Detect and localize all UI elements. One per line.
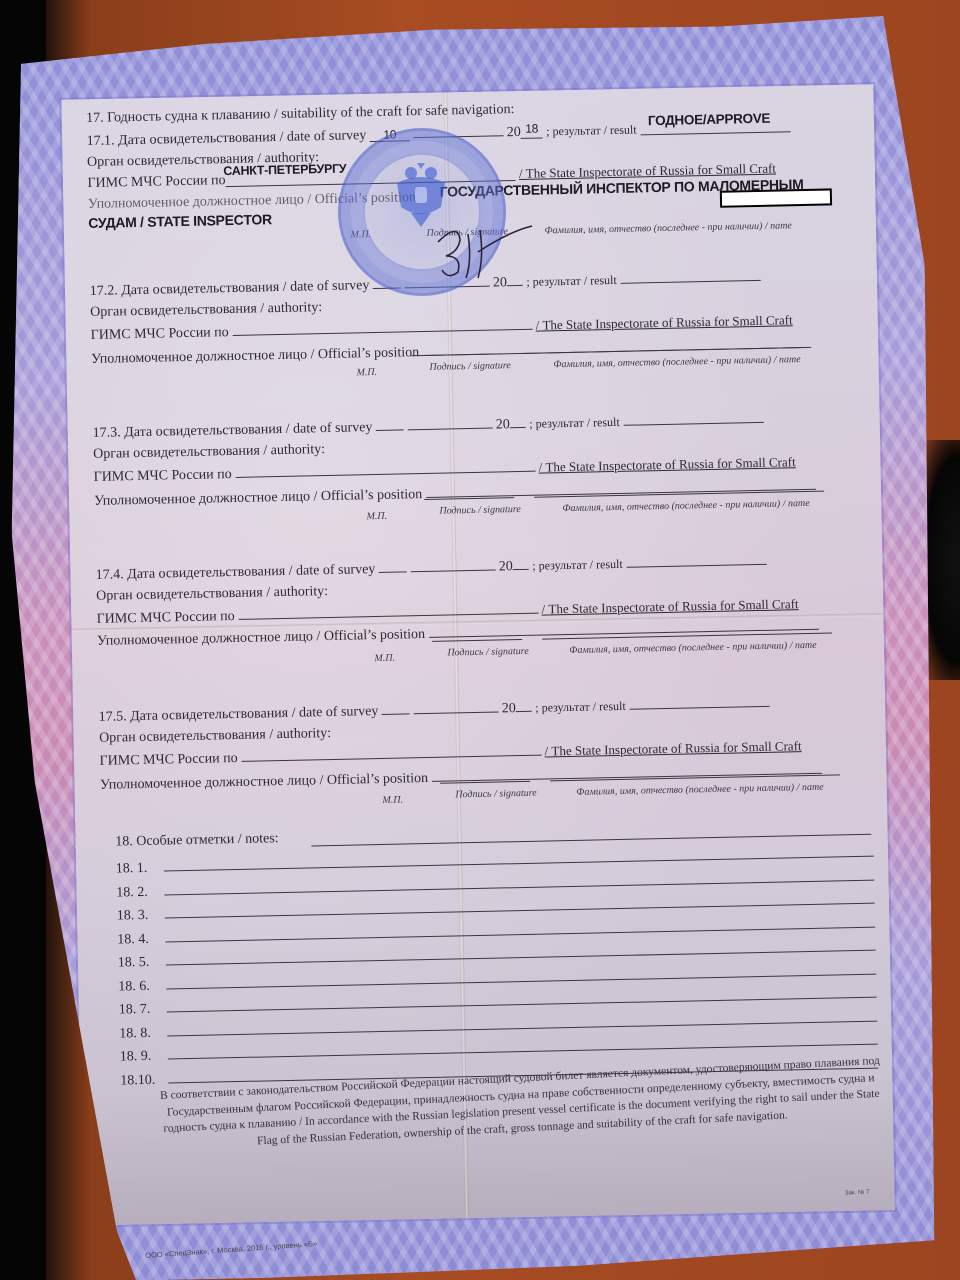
note-number: 18. 4. (117, 932, 165, 947)
note-number: 18. 3. (117, 909, 165, 924)
survey-year-field[interactable] (513, 557, 529, 570)
mp-label: М.П. (374, 654, 395, 664)
survey-result-field[interactable] (626, 552, 766, 568)
year-prefix: 20 (499, 559, 513, 574)
note-number: 18. 5. (118, 956, 166, 971)
survey-month-field[interactable] (413, 699, 498, 714)
survey-day-field[interactable] (382, 701, 410, 715)
survey-number: 17.5. (99, 709, 127, 725)
mp-label: М.П. (382, 796, 403, 806)
survey-result-field[interactable]: ГОДНОЕ/APPROVE (640, 119, 790, 135)
signature-label: Подпись / signature (447, 647, 529, 659)
note-number: 18. 8. (119, 1026, 167, 1041)
signature-label: Подпись / signature (439, 505, 521, 517)
note-number: 18. 9. (120, 1049, 168, 1064)
gims-label: ГИМС МЧС России по (91, 325, 229, 343)
result-label: ; результат / result (529, 415, 620, 431)
note-number: 18. 6. (118, 979, 166, 994)
signature-label: Подпись / signature (429, 361, 511, 373)
survey-result-field[interactable] (623, 410, 763, 426)
survey-number: 17.1. (86, 133, 114, 149)
survey-day-field[interactable] (379, 559, 407, 573)
survey-number: 17.3. (93, 425, 121, 441)
mp-label: М.П. (366, 512, 387, 522)
gims-label: ГИМС МЧС России по (93, 467, 231, 485)
survey-year-field[interactable]: 18 (521, 125, 543, 138)
survey-day-field[interactable] (376, 417, 404, 431)
position-value-line2: СУДАМ / STATE INSPECTOR (88, 211, 272, 231)
year-prefix: 20 (502, 701, 516, 716)
survey-month-field[interactable] (410, 558, 495, 573)
gims-label: ГИМС МЧС России по (96, 609, 234, 627)
order-number: Зак. № 7 (845, 1189, 870, 1196)
signature-label: Подпись / signature (455, 789, 537, 801)
note-number: 18.10. (120, 1073, 168, 1088)
gims-label: ГИМС МЧС России по (87, 173, 225, 191)
year-prefix: 20 (496, 417, 510, 432)
year-prefix: 20 (507, 125, 521, 140)
result-label: ; результат / result (526, 273, 617, 289)
inspector-signature (428, 222, 538, 282)
note-number: 18. 2. (116, 885, 164, 900)
gims-label: ГИМС МЧС России по (99, 751, 237, 769)
note-number: 18. 7. (119, 1003, 167, 1018)
result-label: ; результат / result (532, 557, 623, 573)
survey-month-field[interactable] (407, 416, 492, 431)
result-label: ; результат / result (535, 699, 626, 715)
survey-result-field[interactable] (629, 694, 769, 710)
double-headed-eagle-icon (391, 161, 451, 231)
survey-number: 17.2. (90, 283, 118, 299)
survey-result-field[interactable] (620, 268, 760, 284)
survey-year-field[interactable] (516, 699, 532, 712)
survey-year-field[interactable] (510, 415, 526, 428)
survey-number: 17.4. (96, 567, 124, 583)
redacted-name-box (720, 188, 832, 207)
note-number: 18. 1. (116, 862, 164, 877)
mp-label: М.П. (356, 368, 377, 378)
result-label: ; результат / result (546, 122, 637, 138)
